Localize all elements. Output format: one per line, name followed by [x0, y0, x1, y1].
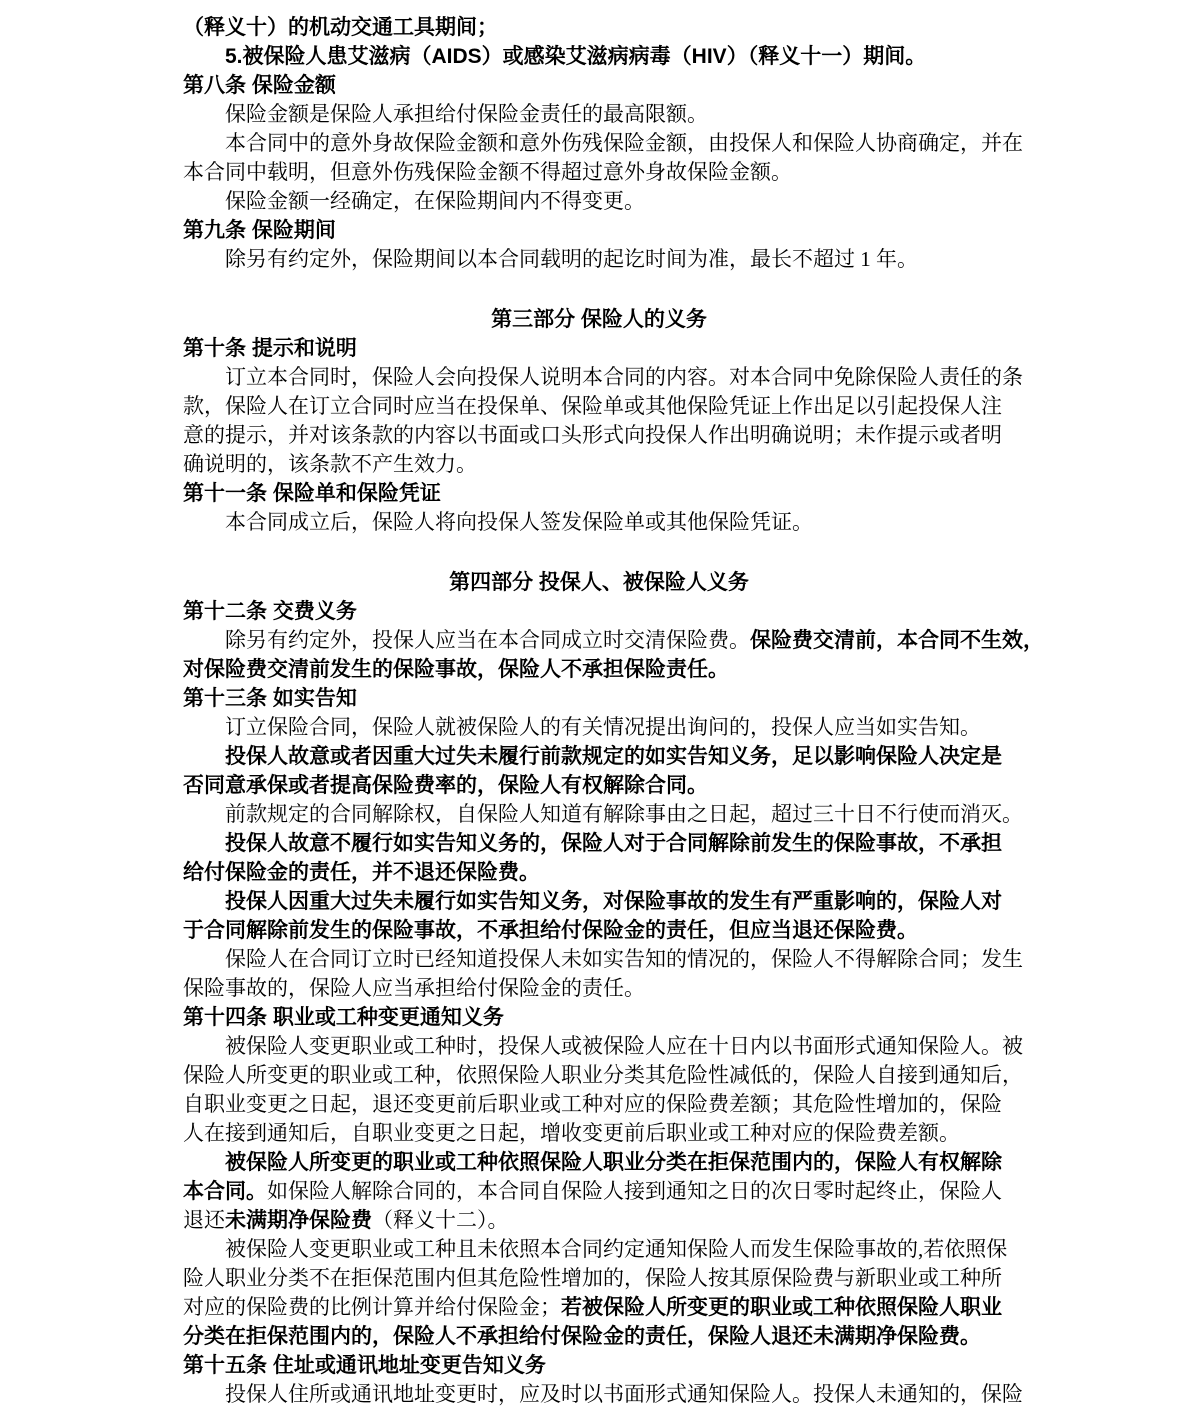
body-line: 被保险人所变更的职业或工种依照保险人职业分类在拒保范围内的，保险人有权解除 [183, 1148, 1015, 1177]
text-run: 除另有约定外，投保人应当在本合同成立时交清保险费。 [225, 628, 750, 652]
body-line: 自职业变更之日起，退还变更前后职业或工种对应的保险费差额；其危险性增加的，保险 [183, 1090, 1015, 1119]
bold-text-run: 第十一条 保险单和保险凭证 [183, 482, 441, 505]
bold-text-run: 给付保险金的责任，并不退还保险费。 [183, 861, 540, 884]
text-run: 订立保险合同，保险人就被保险人的有关情况提出询问的，投保人应当如实告知。 [225, 715, 981, 739]
body-line: 除另有约定外，投保人应当在本合同成立时交清保险费。保险费交清前，本合同不生效， [183, 626, 1015, 655]
bold-text-run: 第十二条 交费义务 [183, 600, 357, 623]
body-line: 前款规定的合同解除权，自保险人知道有解除事由之日起，超过三十日不行使而消灭。 [183, 800, 1015, 829]
body-line: 被保险人变更职业或工种时，投保人或被保险人应在十日内以书面形式通知保险人。被 [183, 1032, 1015, 1061]
text-run: 被保险人变更职业或工种时，投保人或被保险人应在十日内以书面形式通知保险人。被 [225, 1034, 1023, 1058]
body-line: 险人职业分类不在拒保范围内但其危险性增加的，保险人按其原保险费与新职业或工种所 [183, 1264, 1015, 1293]
bold-text-run: 投保人故意不履行如实告知义务的，保险人对于合同解除前发生的保险事故，不承担 [225, 832, 1002, 855]
bold-text-run: 第十五条 住址或通讯地址变更告知义务 [183, 1354, 546, 1377]
text-run: 保险金额一经确定，在保险期间内不得变更。 [225, 189, 645, 213]
document-page: （释义十）的机动交通工具期间；5.被保险人患艾滋病（AIDS）或感染艾滋病病毒（… [0, 0, 1190, 1406]
body-line: 保险金额是保险人承担给付保险金责任的最高限额。 [183, 100, 1015, 129]
body-line: 人在接到通知后，自职业变更之日起，增收变更前后职业或工种对应的保险费差额。 [183, 1119, 1015, 1148]
body-line: 保险人在合同订立时已经知道投保人未如实告知的情况的，保险人不得解除合同；发生 [183, 945, 1015, 974]
bold-text-run: 若被保险人所变更的职业或工种依照保险人职业 [561, 1296, 1002, 1319]
body-line: （释义十）的机动交通工具期间； [183, 13, 1015, 42]
text-run: 人在接到通知后，自职业变更之日起，增收变更前后职业或工种对应的保险费差额。 [183, 1121, 960, 1145]
text-run: 如保险人解除合同的，本合同自保险人接到通知之日的次日零时起终止，保险人 [267, 1179, 1002, 1203]
text-run: 退还 [183, 1208, 225, 1232]
text-run: 意的提示，并对该条款的内容以书面或口头形式向投保人作出明确说明；未作提示或者明 [183, 423, 1002, 447]
text-run: 被保险人变更职业或工种且未依照本合同约定通知保险人而发生保险事故的,若依照保 [225, 1237, 1007, 1261]
article-heading: 第十条 提示和说明 [183, 334, 1015, 363]
text-run: （释义十二）。 [372, 1208, 509, 1232]
text-run: 险人职业分类不在拒保范围内但其危险性增加的，保险人按其原保险费与新职业或工种所 [183, 1266, 1002, 1290]
body-line: 被保险人变更职业或工种且未依照本合同约定通知保险人而发生保险事故的,若依照保 [183, 1235, 1015, 1264]
text-run: 款，保险人在订立合同时应当在投保单、保险单或其他保险凭证上作出足以引起投保人注 [183, 394, 1002, 418]
body-line: 退还未满期净保险费（释义十二）。 [183, 1206, 1015, 1235]
body-line: 保险金额一经确定，在保险期间内不得变更。 [183, 187, 1015, 216]
bold-text-run: （释义十）的机动交通工具期间； [183, 16, 498, 39]
text-run: 保险金额是保险人承担给付保险金责任的最高限额。 [225, 102, 708, 126]
article-heading: 第八条 保险金额 [183, 71, 1015, 100]
bold-text-run: 5.被保险人患艾滋病（AIDS）或感染艾滋病病毒（HIV）（释义十一）期间。 [225, 45, 926, 68]
text-run: 本合同中载明，但意外伤残保险金额不得超过意外身故保险金额。 [183, 160, 792, 184]
text-run: 本合同中的意外身故保险金额和意外伤残保险金额，由投保人和保险人协商确定，并在 [225, 131, 1023, 155]
article-heading: 第十二条 交费义务 [183, 597, 1015, 626]
body-line: 本合同。如保险人解除合同的，本合同自保险人接到通知之日的次日零时起终止，保险人 [183, 1177, 1015, 1206]
article-heading: 第十三条 如实告知 [183, 684, 1015, 713]
body-line: 本合同成立后，保险人将向投保人签发保险单或其他保险凭证。 [183, 508, 1015, 537]
body-line: 投保人故意或者因重大过失未履行前款规定的如实告知义务，足以影响保险人决定是 [183, 742, 1015, 771]
body-line: 保险事故的，保险人应当承担给付保险金的责任。 [183, 974, 1015, 1003]
bold-text-run: 于合同解除前发生的保险事故，不承担给付保险金的责任，但应当退还保险费。 [183, 919, 918, 942]
article-heading: 第十一条 保险单和保险凭证 [183, 479, 1015, 508]
body-line: 投保人故意不履行如实告知义务的，保险人对于合同解除前发生的保险事故，不承担 [183, 829, 1015, 858]
bold-text-run: 投保人故意或者因重大过失未履行前款规定的如实告知义务，足以影响保险人决定是 [225, 745, 1002, 768]
body-line: 分类在拒保范围内的，保险人不承担给付保险金的责任，保险人退还未满期净保险费。 [183, 1322, 1015, 1351]
document-content: （释义十）的机动交通工具期间；5.被保险人患艾滋病（AIDS）或感染艾滋病病毒（… [183, 13, 1015, 1406]
body-line: 投保人因重大过失未履行如实告知义务，对保险事故的发生有严重影响的，保险人对 [183, 887, 1015, 916]
body-line: 除另有约定外，保险期间以本合同载明的起讫时间为准，最长不超过 1 年。 [183, 245, 1015, 274]
bold-text-run: 投保人因重大过失未履行如实告知义务，对保险事故的发生有严重影响的，保险人对 [225, 890, 1002, 913]
bold-text-run: 第四部分 投保人、被保险人义务 [449, 571, 749, 594]
body-line: 对应的保险费的比例计算并给付保险金；若被保险人所变更的职业或工种依照保险人职业 [183, 1293, 1015, 1322]
body-line: 对保险费交清前发生的保险事故，保险人不承担保险责任。 [183, 655, 1015, 684]
body-line: 于合同解除前发生的保险事故，不承担给付保险金的责任，但应当退还保险费。 [183, 916, 1015, 945]
text-run: 前款规定的合同解除权，自保险人知道有解除事由之日起，超过三十日不行使而消灭。 [225, 802, 1023, 826]
bold-text-run: 本合同。 [183, 1180, 267, 1203]
bold-text-run: 分类在拒保范围内的，保险人不承担给付保险金的责任，保险人退还未满期净保险费。 [183, 1325, 981, 1348]
body-line: 本合同中载明，但意外伤残保险金额不得超过意外身故保险金额。 [183, 158, 1015, 187]
section-title: 第四部分 投保人、被保险人义务 [183, 568, 1015, 597]
bold-text-run: 保险费交清前，本合同不生效， [750, 629, 1044, 652]
text-run: 保险人所变更的职业或工种，依照保险人职业分类其危险性减低的，保险人自接到通知后， [183, 1063, 1023, 1087]
article-heading: 第十四条 职业或工种变更通知义务 [183, 1003, 1015, 1032]
text-run: 对应的保险费的比例计算并给付保险金； [183, 1295, 561, 1319]
bold-text-run: 对保险费交清前发生的保险事故，保险人不承担保险责任。 [183, 658, 729, 681]
bold-text-run: 第九条 保险期间 [183, 219, 336, 242]
body-line: 本合同中的意外身故保险金额和意外伤残保险金额，由投保人和保险人协商确定，并在 [183, 129, 1015, 158]
text-run: 自职业变更之日起，退还变更前后职业或工种对应的保险费差额；其危险性增加的，保险 [183, 1092, 1002, 1116]
bold-text-run: 第十条 提示和说明 [183, 337, 357, 360]
text-run: 保险人在合同订立时已经知道投保人未如实告知的情况的，保险人不得解除合同；发生 [225, 947, 1023, 971]
body-line: 保险人所变更的职业或工种，依照保险人职业分类其危险性减低的，保险人自接到通知后， [183, 1061, 1015, 1090]
article-heading: 第九条 保险期间 [183, 216, 1015, 245]
body-line: 给付保险金的责任，并不退还保险费。 [183, 858, 1015, 887]
bold-text-run: 第十三条 如实告知 [183, 687, 357, 710]
text-run: 保险事故的，保险人应当承担给付保险金的责任。 [183, 976, 645, 1000]
bold-text-run: 第三部分 保险人的义务 [491, 308, 707, 331]
bold-text-run: 第十四条 职业或工种变更通知义务 [183, 1006, 504, 1029]
text-run: 确说明的，该条款不产生效力。 [183, 452, 477, 476]
section-title: 第三部分 保险人的义务 [183, 305, 1015, 334]
bold-text-run: 第八条 保险金额 [183, 74, 336, 97]
bold-text-run: 被保险人所变更的职业或工种依照保险人职业分类在拒保范围内的，保险人有权解除 [225, 1151, 1002, 1174]
text-run: 本合同成立后，保险人将向投保人签发保险单或其他保险凭证。 [225, 510, 813, 534]
body-line: 5.被保险人患艾滋病（AIDS）或感染艾滋病病毒（HIV）（释义十一）期间。 [183, 42, 1015, 71]
body-line: 订立本合同时，保险人会向投保人说明本合同的内容。对本合同中免除保险人责任的条 [183, 363, 1015, 392]
bold-text-run: 否同意承保或者提高保险费率的，保险人有权解除合同。 [183, 774, 708, 797]
body-line: 订立保险合同，保险人就被保险人的有关情况提出询问的，投保人应当如实告知。 [183, 713, 1015, 742]
article-heading: 第十五条 住址或通讯地址变更告知义务 [183, 1351, 1015, 1380]
body-line: 投保人住所或通讯地址变更时，应及时以书面形式通知保险人。投保人未通知的，保险 [183, 1380, 1015, 1406]
body-line: 款，保险人在订立合同时应当在投保单、保险单或其他保险凭证上作出足以引起投保人注 [183, 392, 1015, 421]
body-line: 否同意承保或者提高保险费率的，保险人有权解除合同。 [183, 771, 1015, 800]
body-line: 确说明的，该条款不产生效力。 [183, 450, 1015, 479]
body-line: 意的提示，并对该条款的内容以书面或口头形式向投保人作出明确说明；未作提示或者明 [183, 421, 1015, 450]
text-run: 订立本合同时，保险人会向投保人说明本合同的内容。对本合同中免除保险人责任的条 [225, 365, 1023, 389]
text-run: 投保人住所或通讯地址变更时，应及时以书面形式通知保险人。投保人未通知的，保险 [225, 1382, 1023, 1406]
bold-text-run: 未满期净保险费 [225, 1209, 372, 1232]
text-run: 除另有约定外，保险期间以本合同载明的起讫时间为准，最长不超过 1 年。 [225, 247, 918, 271]
